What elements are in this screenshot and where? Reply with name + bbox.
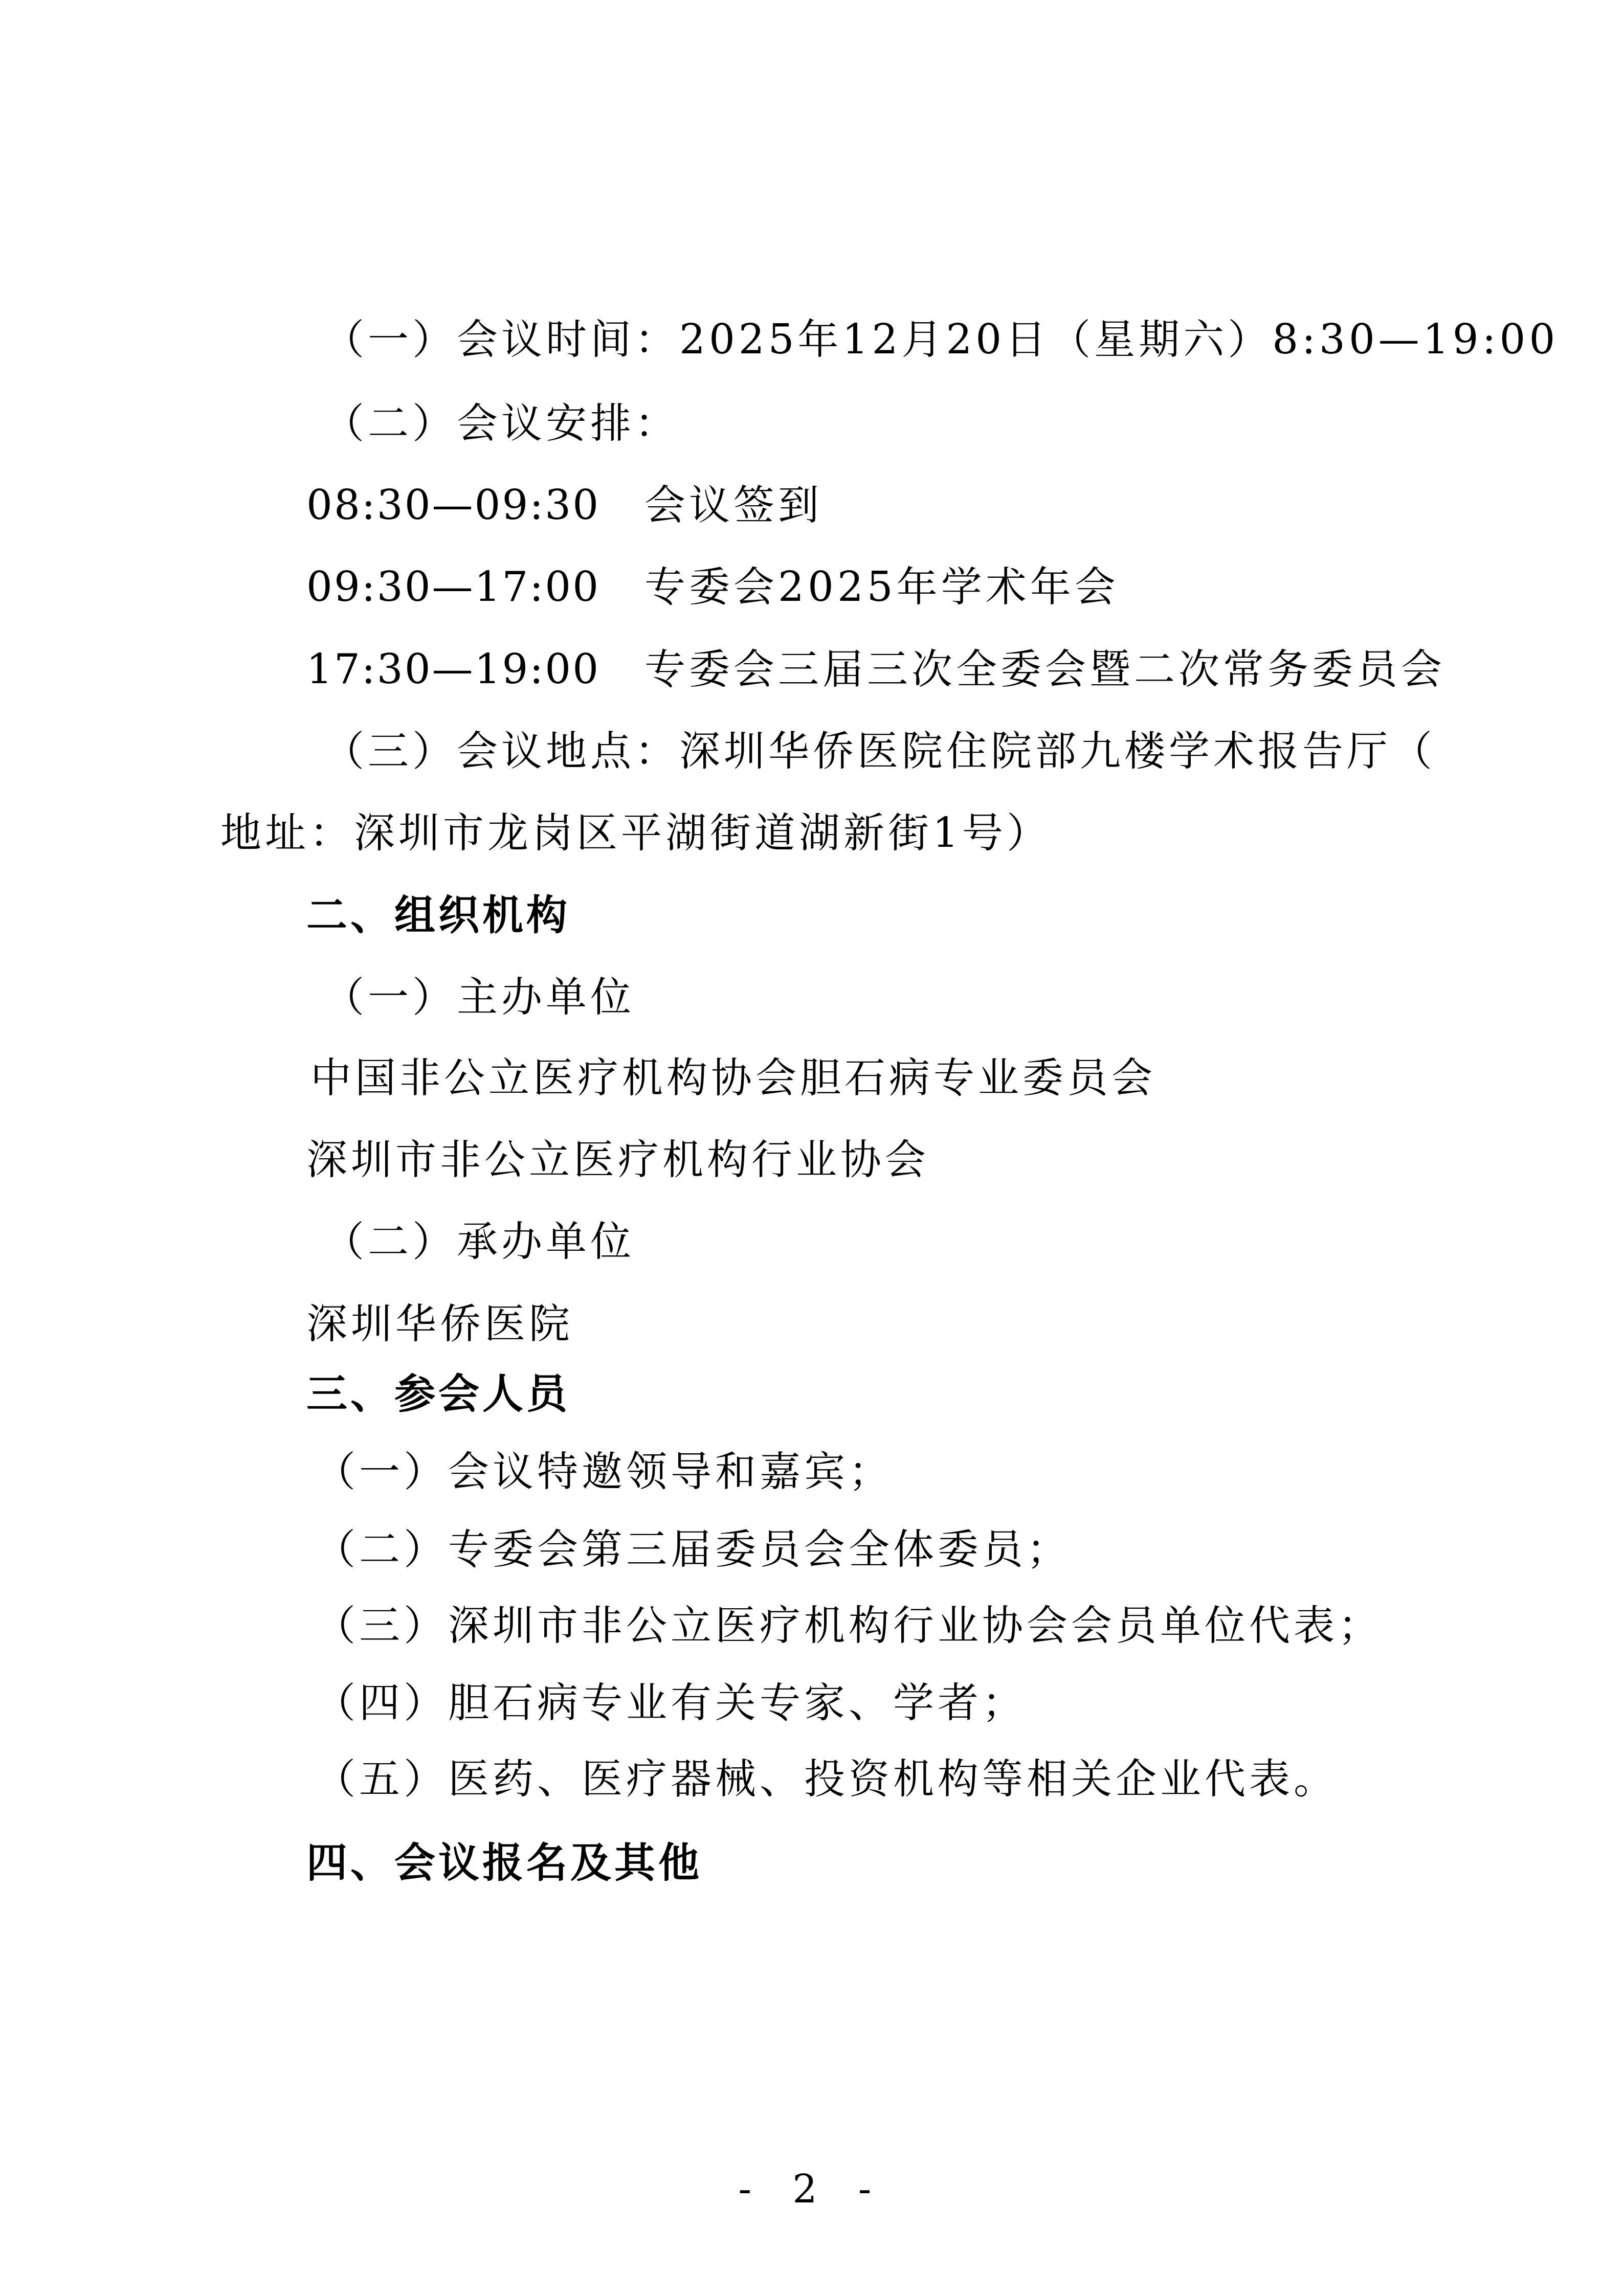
schedule-item: 09:30—17:00 专委会2025年学术年会 xyxy=(306,561,1119,613)
attendee-item: （五）医药、医疗器械、投资机构等相关企业代表。 xyxy=(315,1753,1338,1805)
attendee-item: （一）会议特邀领导和嘉宾； xyxy=(315,1446,893,1497)
section-heading-organization: 二、组织机构 xyxy=(306,890,570,941)
schedule-item-time: 17:30—19:00 xyxy=(306,645,600,693)
section-heading-registration: 四、会议报名及其他 xyxy=(306,1837,702,1888)
subsection-label-host: （一）主办单位 xyxy=(323,972,635,1023)
schedule-item-time: 09:30—17:00 xyxy=(306,563,600,611)
organization-item: 深圳华侨医院 xyxy=(306,1298,573,1349)
meeting-time-line: （一）会议时间：2025年12月20日（星期六）8:30—19:00 xyxy=(323,314,1559,365)
schedule-item: 08:30—09:30 会议签到 xyxy=(306,480,822,531)
schedule-item-time: 08:30—09:30 xyxy=(306,481,600,529)
organization-item: 中国非公立医疗机构协会胆石病专业委员会 xyxy=(310,1052,1156,1104)
schedule-item-event: 专委会三届三次全委会暨二次常务委员会 xyxy=(644,645,1445,693)
subsection-label-organizer: （二）承办单位 xyxy=(323,1216,635,1267)
organization-item: 深圳市非公立医疗机构行业协会 xyxy=(306,1134,929,1185)
document-page: （一）会议时间：2025年12月20日（星期六）8:30—19:00 （二）会议… xyxy=(0,0,1624,2296)
meeting-time-value: 2025年12月20日（星期六）8:30—19:00 xyxy=(679,316,1559,363)
meeting-location-line2: 地址：深圳市龙岗区平湖街道湖新街1号） xyxy=(220,807,1051,859)
section-heading-attendees: 三、参会人员 xyxy=(306,1368,570,1420)
meeting-location-line1: （三）会议地点：深圳华侨医院住院部九楼学术报告厅（ xyxy=(323,726,1436,777)
schedule-item: 17:30—19:00 专委会三届三次全委会暨二次常务委员会 xyxy=(306,644,1445,695)
attendee-item: （二）专委会第三届委员会全体委员； xyxy=(315,1524,1071,1575)
meeting-time-label: （一）会议时间： xyxy=(323,316,679,363)
schedule-item-event: 会议签到 xyxy=(644,481,822,529)
schedule-item-event: 专委会2025年学术年会 xyxy=(644,563,1119,611)
meeting-schedule-label: （二）会议安排： xyxy=(323,398,679,449)
page-number: - 2 - xyxy=(0,2164,1624,2215)
attendee-item: （四）胆石病专业有关专家、学者； xyxy=(315,1677,1027,1728)
attendee-item: （三）深圳市非公立医疗机构行业协会会员单位代表； xyxy=(315,1600,1383,1651)
